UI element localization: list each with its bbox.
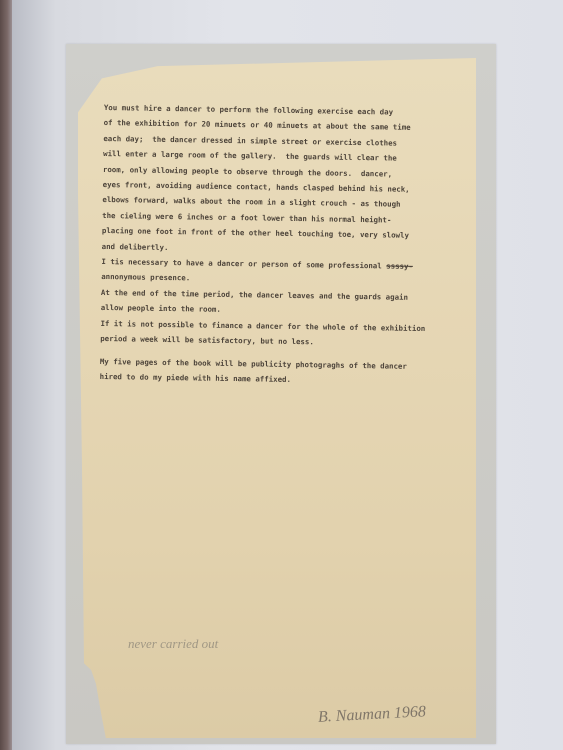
- running-head: PIECES: [244, 0, 270, 2]
- text-fragment: I tis necessary to have a dancer or pers…: [101, 257, 381, 270]
- handwritten-note: never carried out: [128, 636, 218, 652]
- paragraph-book-pages: My five pages of the book will be public…: [100, 353, 470, 390]
- paragraph-finance: If it is not possible to finance a dance…: [100, 316, 470, 353]
- struck-word: ssssy-: [386, 262, 413, 271]
- paragraph-instructions: You must hire a dancer to perform the fo…: [102, 100, 474, 260]
- book-spine: [0, 0, 12, 750]
- typewritten-text: You must hire a dancer to perform the fo…: [100, 100, 474, 390]
